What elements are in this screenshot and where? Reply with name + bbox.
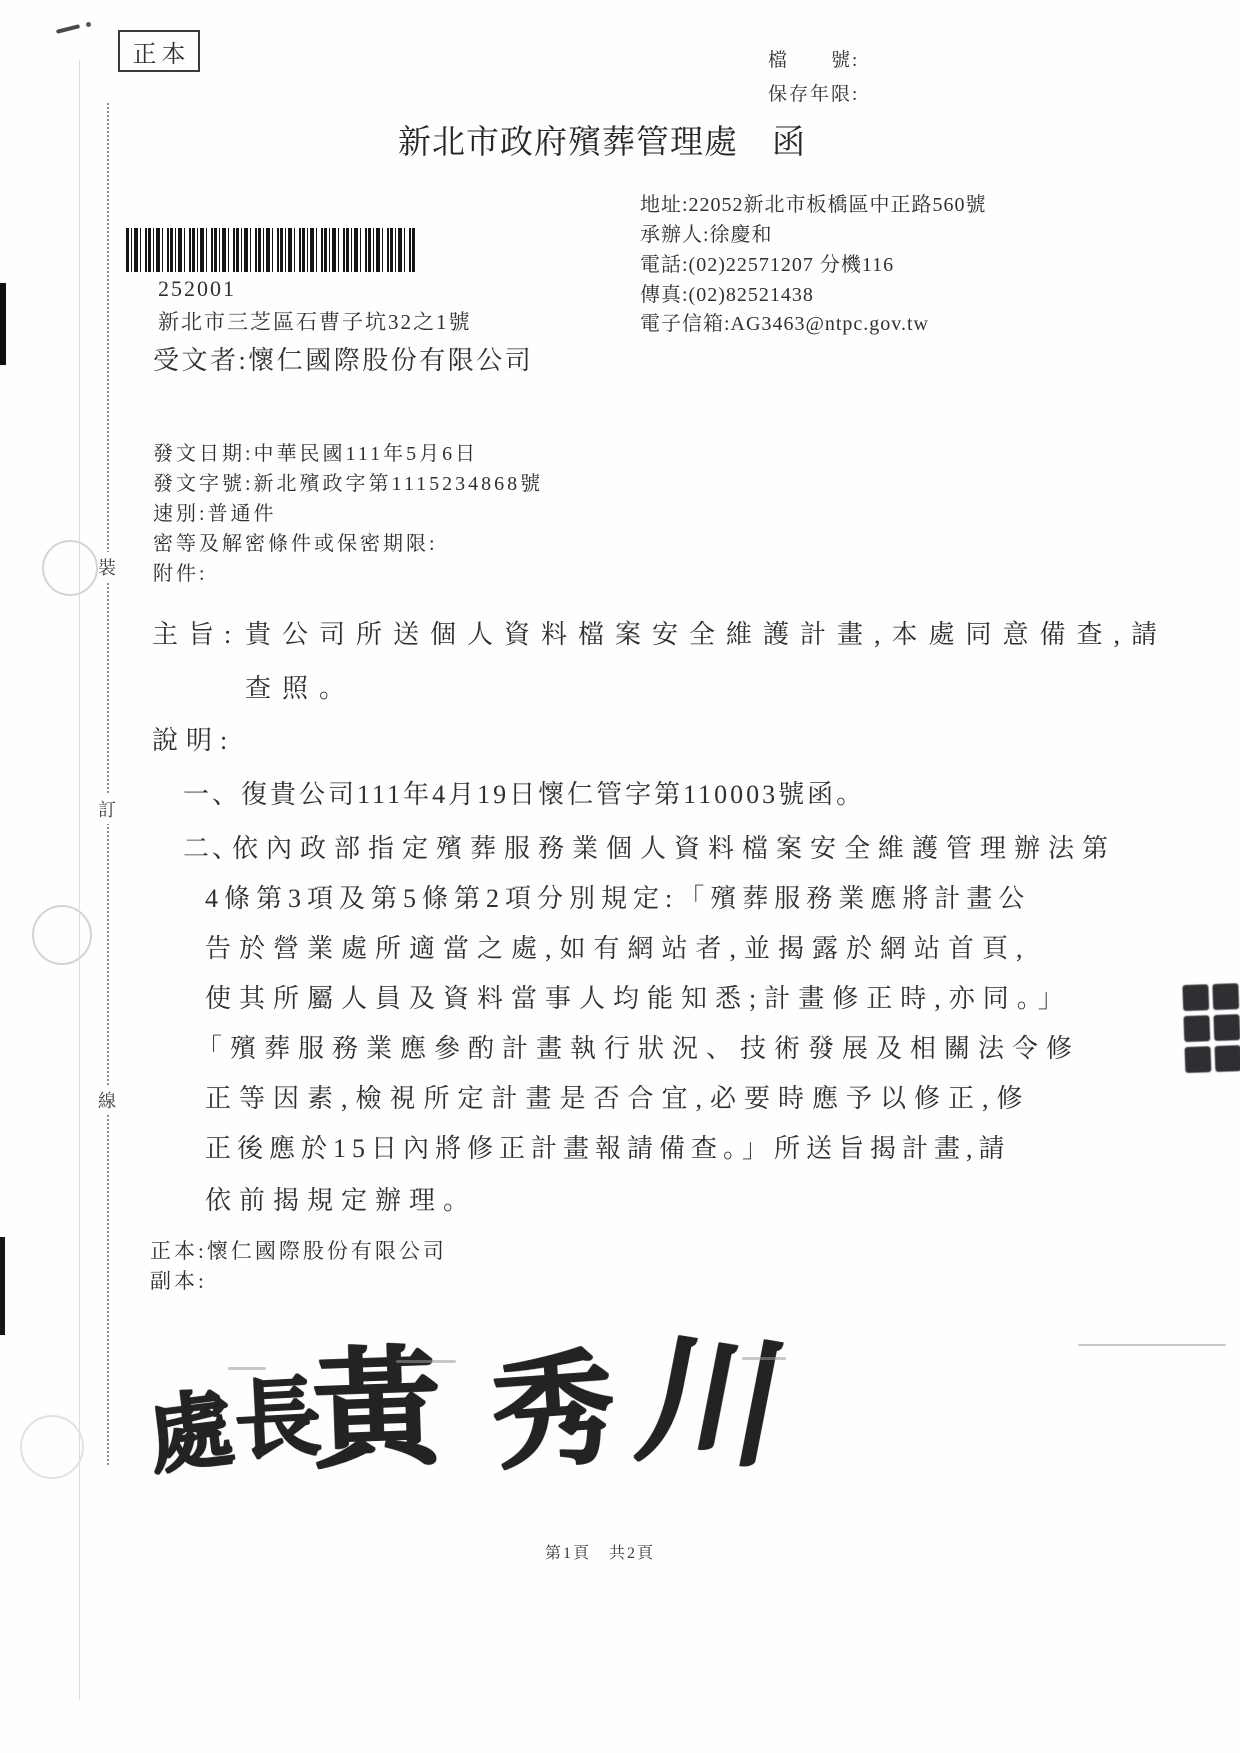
hole-punch-mark <box>42 540 98 596</box>
security-class: 密等及解密條件或保密期限: <box>153 527 438 556</box>
agency-phone: 電話:(02)22571207 分機116 <box>640 248 894 277</box>
binding-mark-ding: 訂 <box>98 794 116 824</box>
agency-fax: 傳真:(02)82521438 <box>640 278 814 307</box>
subject-line: 查照。 <box>245 668 356 705</box>
copy-type-label: 正本 <box>133 34 191 69</box>
priority: 速別:普通件 <box>153 497 277 526</box>
retention-period-label: 保存年限: <box>768 79 859 106</box>
scan-smudge <box>228 1367 266 1370</box>
description-item-2-line: 告於營業處所適當之處,如有網站者,並揭露於網站首頁, <box>205 928 1031 965</box>
stamp-glyph-blob <box>1214 1045 1240 1072</box>
signature-name-char: 秀 <box>488 1348 618 1478</box>
scan-artifact-left-strip <box>0 283 6 365</box>
description-item-2-line: 正等因素,檢視所定計畫是否合宜,必要時應予以修正,修 <box>205 1078 1031 1115</box>
agency-officer: 承辦人:徐慶和 <box>640 218 773 247</box>
copy-type-box: 正本 <box>118 30 200 72</box>
description-item-2-line: 「殯葬服務業應參酌計畫執行狀況、技術發展及相關法令修 <box>196 1028 1080 1065</box>
agency-email: 電子信箱:AG3463@ntpc.gov.tw <box>640 307 929 336</box>
signature-name-char: 川 <box>629 1331 796 1477</box>
issue-number: 發文字號:新北殯政字第1115234868號 <box>153 467 543 496</box>
scan-artifact-left-strip <box>0 1237 5 1335</box>
scan-artifact-corner-dot <box>86 22 91 27</box>
scan-smudge <box>742 1357 786 1360</box>
binding-mark-xian: 線 <box>98 1085 116 1115</box>
stamp-glyph-blob <box>1183 1015 1210 1042</box>
agency-address: 地址:22052新北市板橋區中正路560號 <box>640 188 987 217</box>
description-item-2-line: 使其所屬人員及資料當事人均能知悉;計畫修正時,亦同。」 <box>205 978 1072 1015</box>
signature-title-char: 處 <box>143 1387 237 1481</box>
recipient-address: 新北市三芝區石曹子坑32之1號 <box>158 306 472 336</box>
partial-ink-stamp <box>1182 983 1240 1081</box>
description-item-2-line: 依前揭規定辦理。 <box>205 1180 477 1217</box>
recipient-line: 受文者:懷仁國際股份有限公司 <box>153 340 533 377</box>
distribution-original: 正本:懷仁國際股份有限公司 <box>150 1235 447 1265</box>
binding-mark-zhuang: 裝 <box>98 552 116 582</box>
description-label: 說明: <box>152 720 235 757</box>
scan-artifact-corner-mark <box>56 24 80 34</box>
description-item-2-line: 4條第3項及第5條第2項分別規定:「殯葬服務業應將計畫公 <box>205 878 1030 915</box>
subject-line: 貴公司所送個人資料檔案安全維護計畫,本處同意備查,請 <box>245 614 1168 651</box>
page-number: 第1頁 共2頁 <box>545 1540 655 1563</box>
description-item-2-line: 正後應於15日內將修正計畫報請備查。」所送旨揭計畫,請 <box>205 1128 1011 1165</box>
recipient-zip: 252001 <box>158 276 236 302</box>
signature-name-char: 黃 <box>310 1344 442 1476</box>
binding-dotted-line <box>107 103 109 1465</box>
document-title: 新北市政府殯葬管理處 函 <box>398 116 806 163</box>
barcode <box>126 228 416 272</box>
file-number-label: 檔 號: <box>768 45 859 72</box>
stamp-glyph-blob <box>1185 1046 1212 1073</box>
subject-label: 主旨: <box>152 614 241 651</box>
stamp-glyph-blob <box>1212 983 1239 1010</box>
scan-smudge <box>396 1360 456 1363</box>
stamp-glyph-blob <box>1182 984 1209 1011</box>
attachment: 附件: <box>153 557 208 586</box>
distribution-copy: 副本: <box>150 1265 207 1295</box>
description-item-2-line: 依內政部指定殯葬服務業個人資料檔案安全維護管理辦法第 <box>232 828 1116 865</box>
scan-smudge <box>1078 1344 1226 1346</box>
hole-punch-mark <box>32 905 92 965</box>
description-item-1: 一、復貴公司111年4月19日懷仁管字第110003號函。 <box>183 774 865 811</box>
issue-date: 發文日期:中華民國111年5月6日 <box>153 437 478 466</box>
hole-punch-mark <box>20 1415 84 1479</box>
stamp-glyph-blob <box>1213 1014 1240 1041</box>
signature-title-char: 長 <box>232 1374 322 1464</box>
scanned-letter-page: 裝 訂 線 正本 檔 號: 保存年限: 新北市政府殯葬管理處 函 地址:2205… <box>0 0 1240 1753</box>
